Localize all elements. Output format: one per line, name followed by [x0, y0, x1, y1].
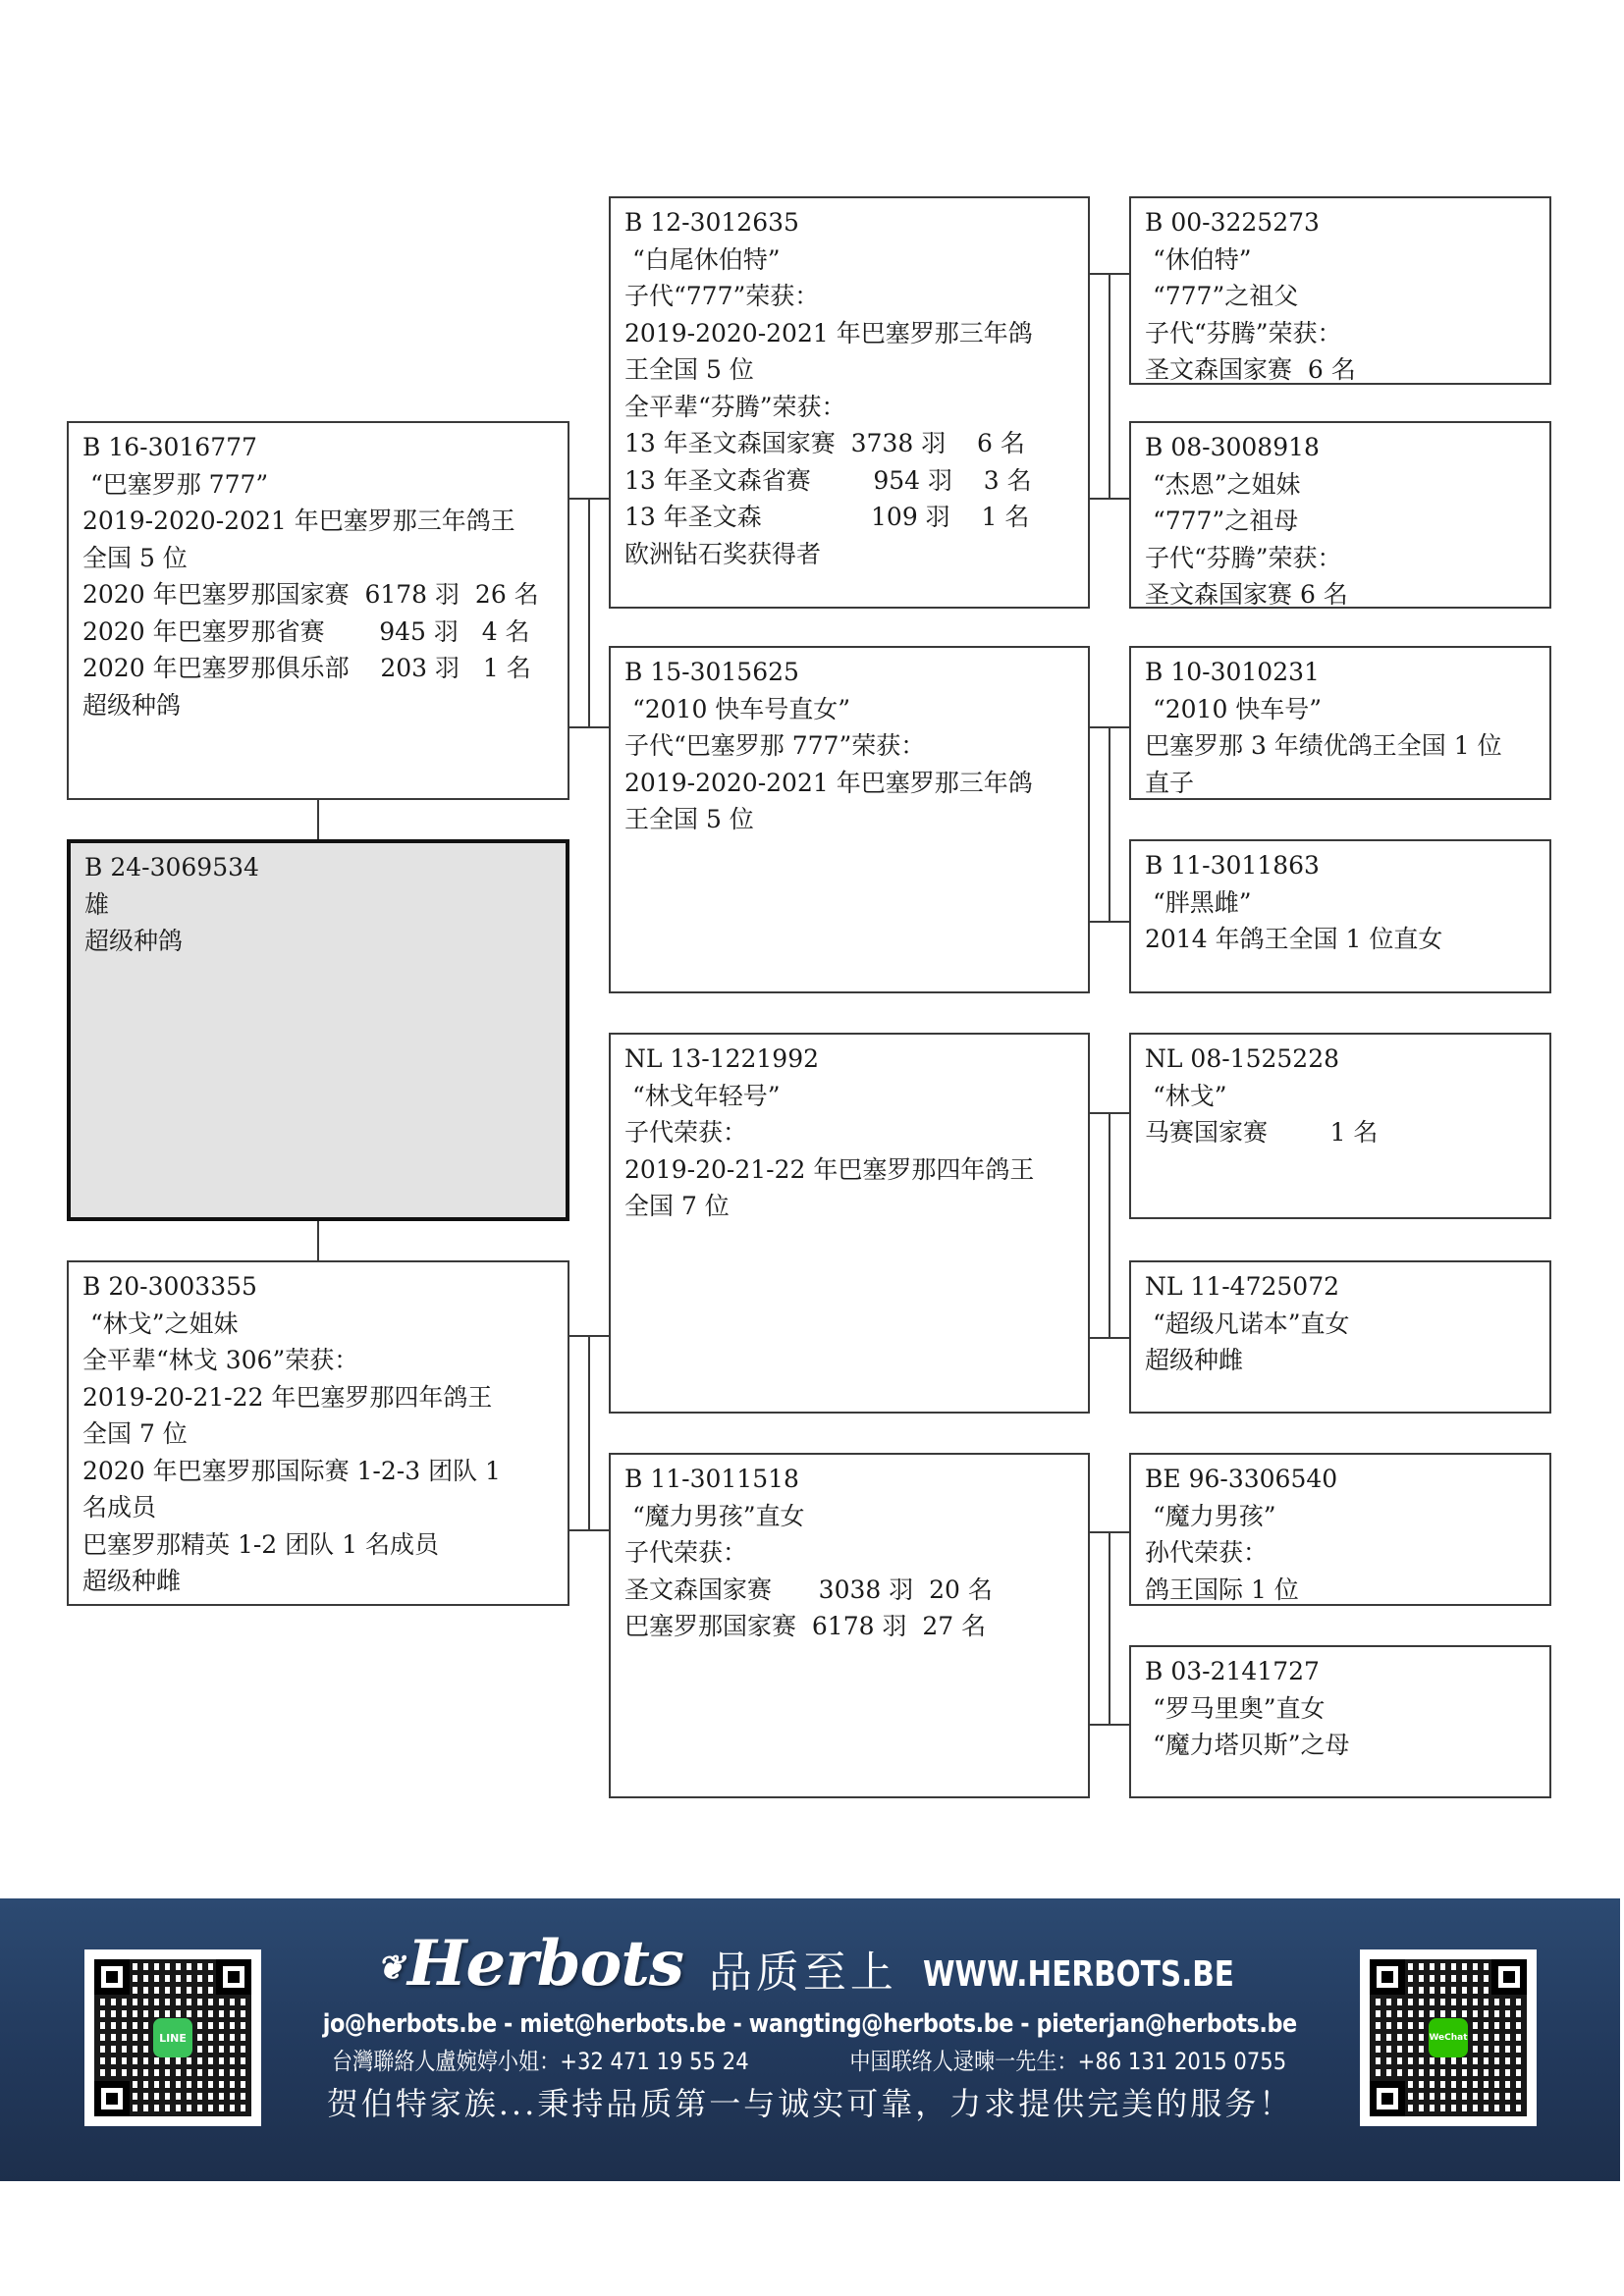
pedigree-text-line: 马赛国家赛 1 名 [1145, 1114, 1536, 1151]
pedigree-text-line: 欧洲钻石奖获得者 [624, 536, 1074, 573]
pedigree-text-line: 子代“芬腾”荣获： [1145, 315, 1536, 352]
pedigree-text-line: 鸽王国际 1 位 [1145, 1572, 1536, 1607]
pedigree-text-line: “777”之祖父 [1145, 278, 1536, 315]
connector-sire-upper [569, 498, 589, 500]
pedigree-text-line: “白尾休伯特” [624, 241, 1074, 279]
pedigree-text-line: 2020 年巴塞罗那国家赛 6178 羽 26 名 [82, 576, 554, 614]
sss-card: B 00-3225273 “休伯特” “777”之祖父子代“芬腾”荣获：圣文森国… [1129, 196, 1551, 385]
pedigree-text-line: 圣文森国家赛 6 名 [1145, 351, 1536, 385]
pedigree-text-line: 13 年圣文森 109 羽 1 名 [624, 499, 1074, 536]
pedigree-text-line: 王全国 5 位 [624, 351, 1074, 389]
pedigree-text-line: “林戈”之姐妹 [82, 1306, 554, 1343]
pedigree-text-line: 全国 5 位 [82, 540, 554, 577]
ring-number: B 12-3012635 [624, 204, 1074, 241]
pedigree-text-line: 2019-2020-2021 年巴塞罗那三年鸽 [624, 315, 1074, 352]
sdd-card: B 11-3011863 “胖黑雌”2014 年鸽王全国 1 位直女 [1129, 839, 1551, 993]
pedigree-text-line: 全平辈“林戈 306”荣获： [82, 1342, 554, 1379]
pedigree-text-line: 子代荣获： [624, 1534, 1074, 1572]
herbots-logo: ❦Herbots [377, 1930, 683, 2003]
ring-number: B 03-2141727 [1145, 1653, 1536, 1690]
pedigree-text-line: 超级种雌 [82, 1563, 554, 1600]
pedigree-text-line: 巴塞罗那 3 年绩优鸽王全国 1 位 [1145, 727, 1536, 765]
pedigree-text-line: “2010 快车号” [1145, 691, 1536, 728]
ring-number: NL 13-1221992 [624, 1041, 1074, 1078]
ring-number: NL 11-4725072 [1145, 1268, 1536, 1306]
wechat-qr-code[interactable]: WeChat [1360, 1949, 1537, 2126]
ring-number: B 10-3010231 [1145, 654, 1536, 691]
connector-ss-to-ssd [1090, 498, 1129, 500]
pedigree-text-line: “休伯特” [1145, 241, 1536, 279]
contact-taiwan: 台灣聯絡人盧婉婷小姐：+32 471 19 55 24 [332, 2044, 749, 2079]
pedigree-text-line: 王全国 5 位 [624, 801, 1074, 838]
pedigree-text-line: “胖黑雌” [1145, 884, 1536, 922]
sds-card: B 10-3010231 “2010 快车号”巴塞罗那 3 年绩优鸽王全国 1 … [1129, 646, 1551, 800]
pedigree-text-line: 全国 7 位 [82, 1415, 554, 1453]
pedigree-text-line: 超级种雌 [1145, 1342, 1536, 1379]
ring-number: B 20-3003355 [82, 1268, 554, 1306]
qr-finder-bottom-left [1370, 2081, 1405, 2116]
feather-icon: ❦ [377, 1949, 405, 1988]
pedigree-text-line: 超级种鸽 [84, 923, 552, 960]
ring-number: B 11-3011518 [624, 1461, 1074, 1498]
pedigree-text-line: “林戈” [1145, 1078, 1536, 1115]
pedigree-text-line: 全平辈“芬腾”荣获： [624, 389, 1074, 426]
ssd-card: B 08-3008918 “杰恩”之姐妹 “777”之祖母子代“芬腾”荣获：圣文… [1129, 421, 1551, 609]
pedigree-text-line: 巴塞罗那国家赛 6178 羽 27 名 [624, 1608, 1074, 1645]
ring-number: B 11-3011863 [1145, 847, 1536, 884]
connector-sire-to-sd [588, 726, 609, 728]
contact-china: 中国联络人逯暕一先生：+86 131 2015 0755 [850, 2044, 1287, 2079]
ring-number: B 16-3016777 [82, 429, 554, 466]
pedigree-text-line: 2020 年巴塞罗那俱乐部 203 羽 1 名 [82, 650, 554, 687]
wechat-app-icon: WeChat [1429, 2018, 1468, 2057]
pedigree-text-line: “魔力男孩”直女 [624, 1498, 1074, 1535]
ring-number: B 15-3015625 [624, 654, 1074, 691]
pedigree-text-line: 子代“777”荣获： [624, 278, 1074, 315]
pedigree-text-line: 子代荣获： [624, 1114, 1074, 1151]
ring-number: BE 96-3306540 [1145, 1461, 1536, 1498]
dss-card: NL 08-1525228 “林戈”马赛国家赛 1 名 [1129, 1033, 1551, 1219]
ring-number: NL 08-1525228 [1145, 1041, 1536, 1078]
pedigree-text-line: 子代“芬腾”荣获： [1145, 540, 1536, 577]
pedigree-text-line: 子代“巴塞罗那 777”荣获： [624, 727, 1074, 765]
pedigree-text-line: 2020 年巴塞罗那省赛 945 羽 4 名 [82, 614, 554, 651]
pedigree-text-line: 巴塞罗那精英 1-2 团队 1 名成员 [82, 1526, 554, 1564]
pedigree-text-line: “杰恩”之姐妹 [1145, 466, 1536, 504]
pedigree-text-line: 雄 [84, 886, 552, 924]
connector-dd-to-ddd [1090, 1724, 1129, 1726]
connector-ds-to-dss [1090, 1112, 1129, 1114]
connector-sire-lower [569, 726, 589, 728]
pedigree-text-line: 圣文森国家赛 3038 羽 20 名 [624, 1572, 1074, 1609]
connector-ds-to-dsd [1090, 1337, 1129, 1339]
pedigree-text-line: 2020 年巴塞罗那国际赛 1-2-3 团队 1 [82, 1453, 554, 1490]
subject-pigeon-card: B 24-3069534雄超级种鸽 [67, 839, 569, 1221]
dds-card: BE 96-3306540 “魔力男孩”孙代荣获：鸽王国际 1 位 [1129, 1453, 1551, 1606]
pedigree-text-line: 全国 7 位 [624, 1188, 1074, 1225]
slogan: 品质至上 [709, 1944, 897, 2002]
email-addresses[interactable]: jo@herbots.be - miet@herbots.be - wangti… [323, 2006, 1297, 2042]
pedigree-text-line: 2019-2020-2021 年巴塞罗那三年鸽王 [82, 503, 554, 540]
pedigree-text-line: “777”之祖母 [1145, 503, 1536, 540]
connector-sire-spine [588, 498, 590, 728]
connector-dam-to-dd [569, 1529, 609, 1531]
connector-subject-sire [317, 800, 319, 839]
pedigree-text-line: 13 年圣文森省赛 954 羽 3 名 [624, 462, 1074, 500]
ring-number: B 00-3225273 [1145, 204, 1536, 241]
connector-ss-to-sss [1090, 273, 1129, 275]
pedigree-text-line: “魔力男孩” [1145, 1498, 1536, 1535]
pedigree-text-line: 13 年圣文森国家赛 3738 羽 6 名 [624, 425, 1074, 462]
connector-ss-spine [1109, 273, 1110, 499]
sire-sire-card: B 12-3012635 “白尾休伯特”子代“777”荣获：2019-2020-… [609, 196, 1090, 609]
connector-sd-to-sdd [1090, 921, 1129, 923]
pedigree-text-line: “林戈年轻号” [624, 1078, 1074, 1115]
pedigree-text-line: “魔力塔贝斯”之母 [1145, 1727, 1536, 1764]
pedigree-text-line: 直子 [1145, 765, 1536, 801]
dsd-card: NL 11-4725072 “超级凡诺本”直女超级种雌 [1129, 1260, 1551, 1414]
connector-dam-to-ds [569, 1335, 609, 1337]
connector-ds-spine [1109, 1112, 1110, 1338]
dam-card: B 20-3003355 “林戈”之姐妹全平辈“林戈 306”荣获：2019-2… [67, 1260, 569, 1606]
sire-dam-card: B 15-3015625 “2010 快车号直女”子代“巴塞罗那 777”荣获：… [609, 646, 1090, 993]
connector-sire-to-ss [588, 498, 609, 500]
footer-banner: LINE ❦Herbots 品质至上 WWW.HERBOTS.BE jo@her… [0, 1898, 1620, 2181]
connector-subject-dam [317, 1221, 319, 1260]
pedigree-text-line: 圣文森国家赛 6 名 [1145, 576, 1536, 609]
website-link[interactable]: WWW.HERBOTS.BE [923, 1948, 1234, 2002]
connector-sd-spine [1109, 726, 1110, 923]
dam-sire-card: NL 13-1221992 “林戈年轻号”子代荣获：2019-20-21-22 … [609, 1033, 1090, 1414]
connector-dd-spine [1109, 1531, 1110, 1726]
pedigree-text-line: 2019-20-21-22 年巴塞罗那四年鸽王 [624, 1151, 1074, 1189]
pedigree-text-line: “巴塞罗那 777” [82, 466, 554, 504]
connector-sd-to-sds [1090, 726, 1129, 728]
pedigree-text-line: 2019-2020-2021 年巴塞罗那三年鸽 [624, 765, 1074, 802]
pedigree-text-line: “2010 快车号直女” [624, 691, 1074, 728]
pedigree-text-line: 名成员 [82, 1489, 554, 1526]
ring-number: B 24-3069534 [84, 849, 552, 886]
qr-finder-top-left [1370, 1959, 1405, 1995]
pedigree-text-line: “超级凡诺本”直女 [1145, 1306, 1536, 1343]
dam-dam-card: B 11-3011518 “魔力男孩”直女子代荣获：圣文森国家赛 3038 羽 … [609, 1453, 1090, 1798]
connector-dd-to-dds [1090, 1531, 1129, 1533]
logo-text: Herbots [407, 1927, 683, 2001]
pedigree-text-line: 2014 年鸽王全国 1 位直女 [1145, 921, 1536, 958]
ddd-card: B 03-2141727 “罗马里奥”直女 “魔力塔贝斯”之母 [1129, 1645, 1551, 1798]
pedigree-text-line: 2019-20-21-22 年巴塞罗那四年鸽王 [82, 1379, 554, 1416]
pedigree-text-line: 超级种鸽 [82, 687, 554, 724]
pedigree-text-line: “罗马里奥”直女 [1145, 1690, 1536, 1728]
connector-dam-spine [588, 1335, 590, 1531]
ring-number: B 08-3008918 [1145, 429, 1536, 466]
sire-card: B 16-3016777 “巴塞罗那 777”2019-2020-2021 年巴… [67, 421, 569, 800]
qr-finder-top-right [1491, 1959, 1527, 1995]
pedigree-text-line: 孙代荣获： [1145, 1534, 1536, 1572]
